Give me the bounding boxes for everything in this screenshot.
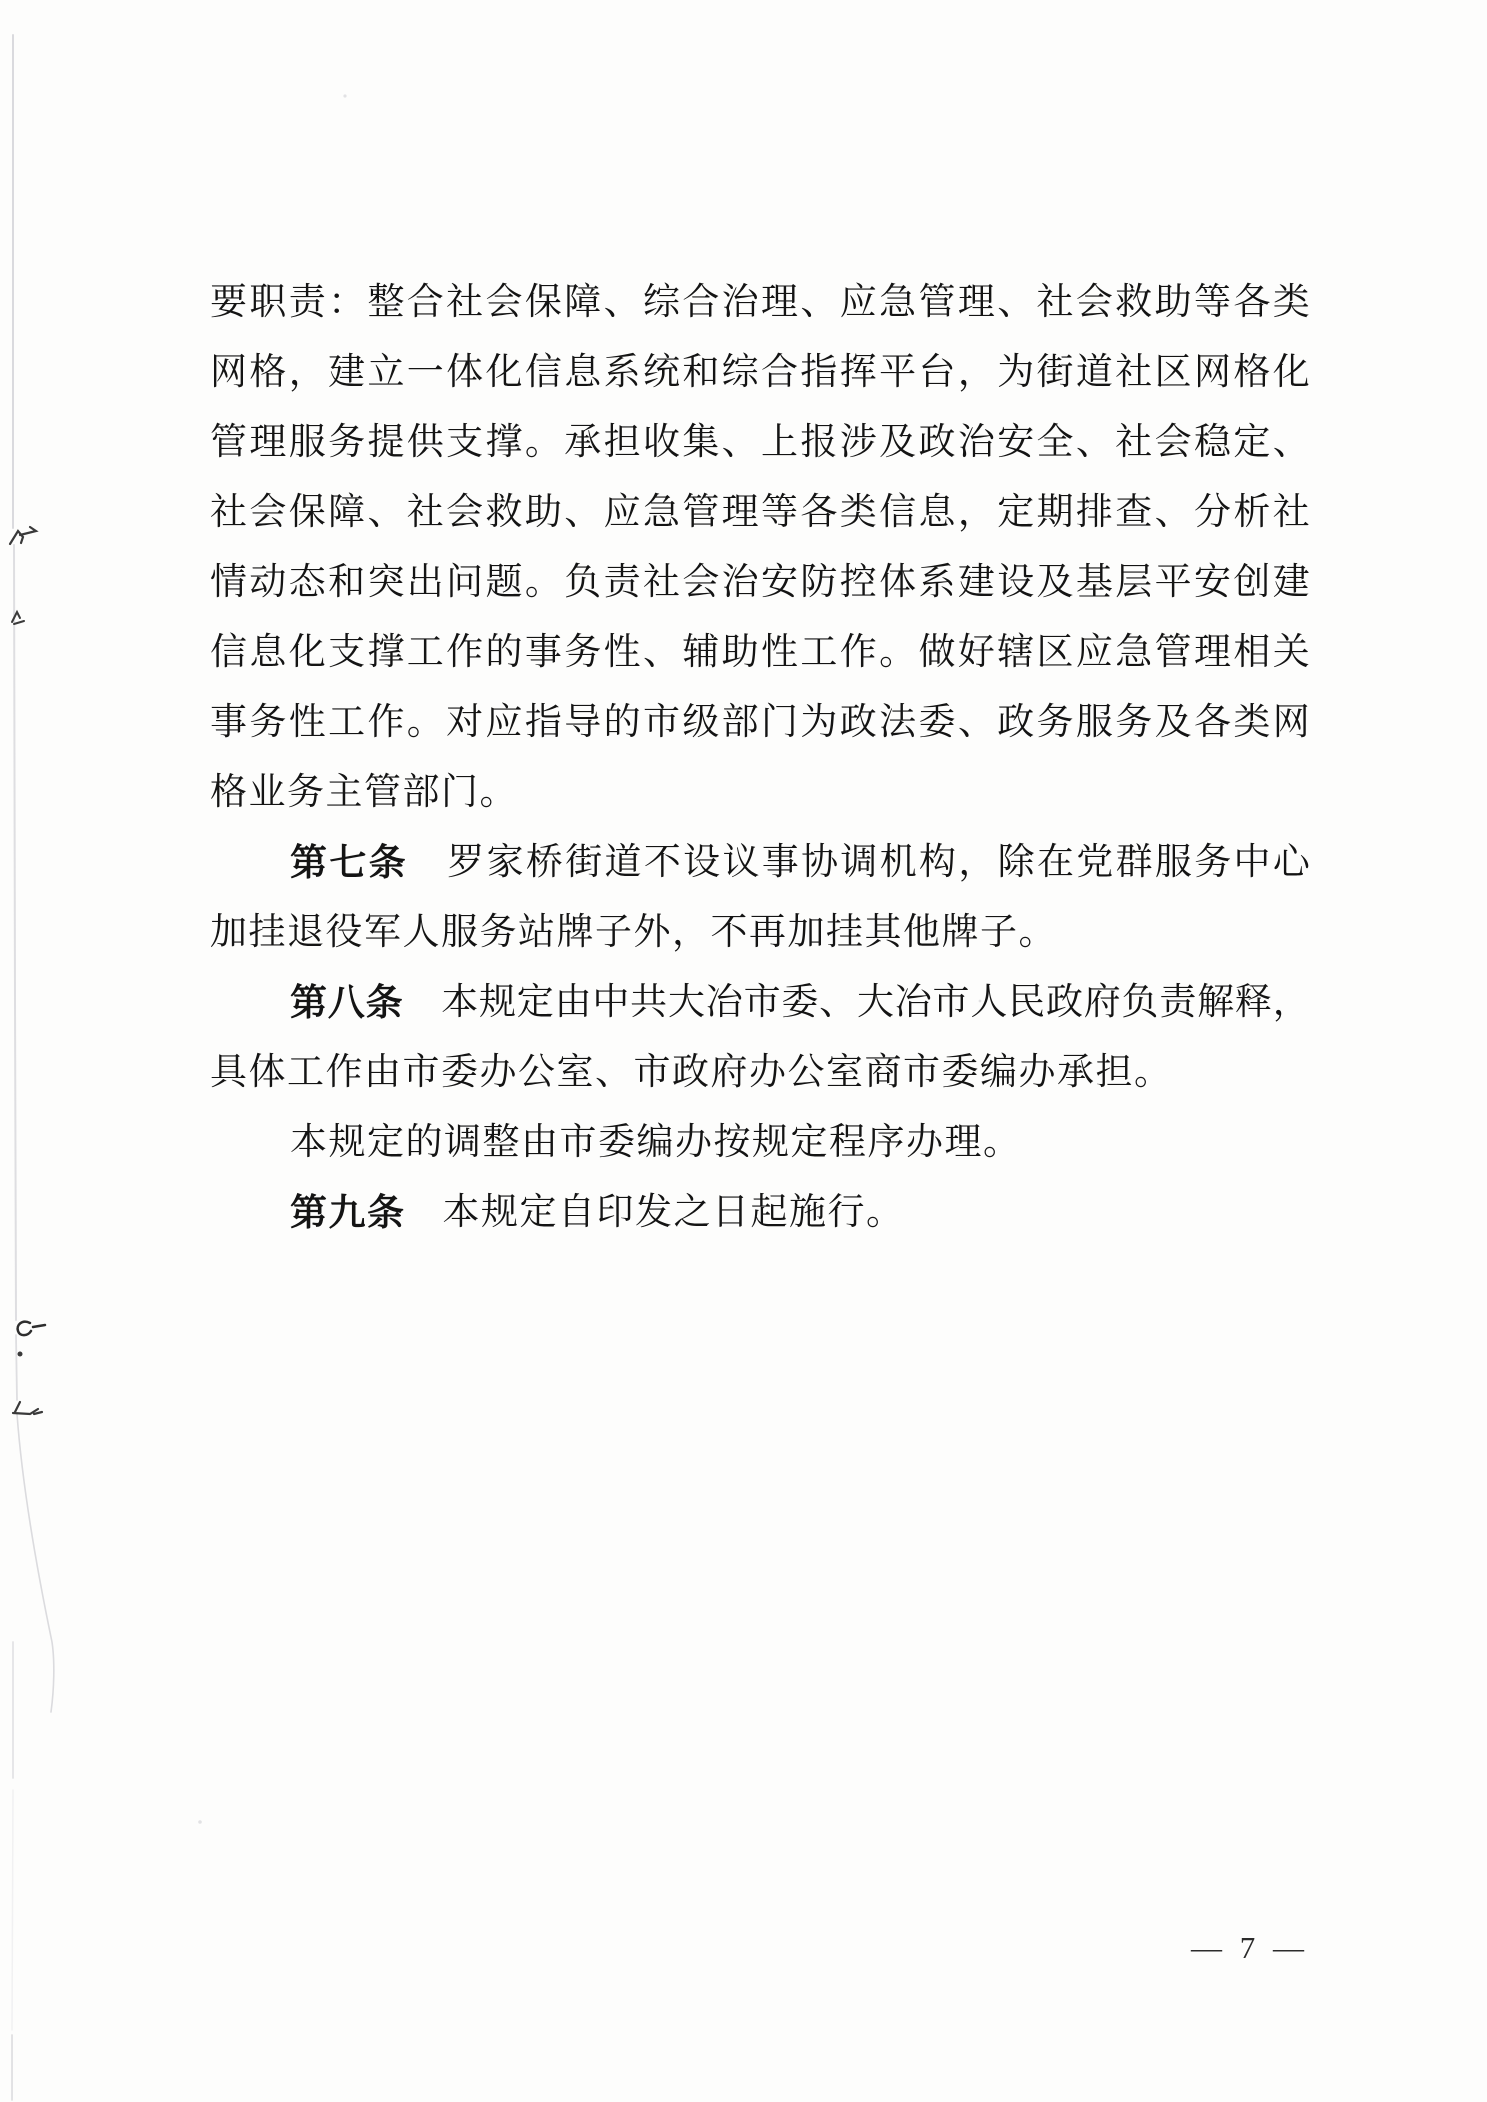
- char: 议: [722, 828, 759, 898]
- line-text: 本规定的调整由市委编办按规定程序办理。: [290, 1108, 1022, 1178]
- char: 区: [1037, 618, 1074, 688]
- char: 社: [446, 268, 483, 338]
- char: 关: [1273, 618, 1310, 688]
- char: 理: [1194, 618, 1231, 688]
- char: 务: [328, 408, 365, 478]
- char: 大: [668, 968, 705, 1038]
- char: 创: [1233, 548, 1270, 618]
- char: 门: [761, 688, 798, 758]
- char: 服: [1076, 688, 1113, 758]
- char: 担: [604, 408, 641, 478]
- char: 体: [879, 548, 916, 618]
- char: 人: [970, 968, 1007, 1038]
- char: 挥: [840, 338, 877, 408]
- char: 定: [997, 478, 1034, 548]
- char: 导: [564, 688, 601, 758]
- char: 服: [289, 408, 326, 478]
- char: 由: [555, 968, 592, 1038]
- char: 急: [643, 478, 680, 548]
- char: 建: [1273, 548, 1310, 618]
- char: 委: [918, 688, 955, 758]
- body-line: 事务性工作。对应指导的市级部门为政法委、政务服务及各类网: [210, 688, 1310, 758]
- body-line: 格业务主管部门。: [210, 758, 1310, 828]
- line-text: 本规定自印发之日起施行。: [443, 1178, 905, 1248]
- char: 好: [958, 618, 995, 688]
- char: 安: [761, 548, 798, 618]
- char: 对: [446, 688, 483, 758]
- char: 的: [486, 618, 523, 688]
- char: 要: [210, 268, 247, 338]
- char: 定: [1233, 408, 1270, 478]
- char: 网: [210, 338, 247, 408]
- char: 社: [1273, 478, 1310, 548]
- char: 体: [446, 338, 483, 408]
- char: 条: [366, 968, 403, 1038]
- char: 动: [249, 548, 286, 618]
- char: 上: [761, 408, 798, 478]
- char: 供: [407, 408, 444, 478]
- char: 涉: [840, 408, 877, 478]
- char: 类: [840, 478, 877, 548]
- char: 支: [328, 618, 365, 688]
- char: 政: [1046, 968, 1083, 1038]
- char: 罗: [447, 828, 484, 898]
- char: 调: [840, 828, 877, 898]
- char: 性: [761, 618, 798, 688]
- char: 各: [800, 478, 837, 548]
- char: 突: [367, 548, 404, 618]
- char: 急: [1115, 618, 1152, 688]
- char: 社: [407, 478, 444, 548]
- char: 。: [407, 688, 444, 758]
- char: 作: [446, 618, 483, 688]
- char: 类: [1273, 268, 1310, 338]
- char: 中: [1234, 828, 1271, 898]
- char: 、: [800, 268, 837, 338]
- char: 规: [479, 968, 516, 1038]
- body-line: 具体工作由市委办公室、市政府办公室商市委编办承担。: [210, 1038, 1310, 1108]
- char: 事: [210, 688, 247, 758]
- char: 息: [918, 478, 955, 548]
- char: 统: [643, 338, 680, 408]
- char: 务: [1115, 688, 1152, 758]
- char: 期: [1037, 478, 1074, 548]
- char: 管: [210, 408, 247, 478]
- char: 务: [564, 618, 601, 688]
- char: 平: [1155, 548, 1192, 618]
- char: ，: [289, 338, 326, 408]
- char: 社: [1037, 268, 1074, 338]
- char: 出: [407, 548, 444, 618]
- char: 和: [682, 338, 719, 408]
- char: 合: [407, 268, 444, 338]
- char: 第: [290, 828, 327, 898]
- char: 信: [879, 478, 916, 548]
- char: 全: [1037, 408, 1074, 478]
- char: 共: [630, 968, 667, 1038]
- char: 本: [441, 968, 478, 1038]
- char: 排: [1076, 478, 1113, 548]
- char: 合: [761, 338, 798, 408]
- char: 、: [819, 968, 856, 1038]
- char: 保: [525, 268, 562, 338]
- char: 综: [643, 268, 680, 338]
- char: 为: [800, 688, 837, 758]
- char: 冶: [895, 968, 932, 1038]
- char: 级: [682, 688, 719, 758]
- char: ，: [1273, 968, 1310, 1038]
- char: 题: [486, 548, 523, 618]
- char: 急: [879, 268, 916, 338]
- char: 建: [328, 338, 365, 408]
- char: 整: [367, 268, 404, 338]
- char: 层: [1115, 548, 1152, 618]
- char: 及: [1037, 548, 1074, 618]
- char: 障: [564, 268, 601, 338]
- char: 事: [525, 618, 562, 688]
- document-body: 要职责：整合社会保障、综合治理、应急管理、社会救助等各类网格，建立一体化信息系统…: [210, 268, 1310, 1248]
- char: 会: [682, 548, 719, 618]
- char: 、: [1076, 408, 1113, 478]
- article-heading: 第九条: [290, 1178, 406, 1248]
- char: 综: [722, 338, 759, 408]
- char: 报: [800, 408, 837, 478]
- char: 府: [1084, 968, 1121, 1038]
- char: 党: [1076, 828, 1113, 898]
- char: 负: [1122, 968, 1159, 1038]
- char: 设: [683, 828, 720, 898]
- char: 性: [604, 618, 641, 688]
- char: 、: [367, 478, 404, 548]
- char: 管: [682, 478, 719, 548]
- char: 道: [1076, 338, 1113, 408]
- char: 市: [744, 968, 781, 1038]
- char: 心: [1273, 828, 1310, 898]
- char: 会: [249, 478, 286, 548]
- body-line: 管理服务提供支撑。承担收集、上报涉及政治安全、社会稳定、: [210, 408, 1310, 478]
- line-text: 格业务主管部门。: [210, 758, 518, 828]
- char: 保: [289, 478, 326, 548]
- char: 中: [592, 968, 629, 1038]
- char: 解: [1197, 968, 1234, 1038]
- char: 理: [958, 268, 995, 338]
- line-text: 加挂退役军人服务站牌子外，不再加挂其他牌子。: [210, 898, 1057, 968]
- char: 工: [407, 618, 444, 688]
- scan-dot: [18, 1352, 23, 1357]
- char: 协: [801, 828, 838, 898]
- char: 情: [210, 548, 247, 618]
- char: 会: [1076, 268, 1113, 338]
- char: 网: [1194, 338, 1231, 408]
- char: 作: [840, 618, 877, 688]
- article-line: 第七条罗家桥街道不设议事协调机构，除在党群服务中心: [210, 828, 1310, 898]
- char: 会: [486, 268, 523, 338]
- char: 市: [643, 688, 680, 758]
- char: 平: [879, 338, 916, 408]
- line-text: 具体工作由市委办公室、市政府办公室商市委编办承担。: [210, 1038, 1173, 1108]
- char: 防: [800, 548, 837, 618]
- char: 及: [1155, 688, 1192, 758]
- char: 做: [918, 618, 955, 688]
- char: 区: [1155, 338, 1192, 408]
- char: 息: [249, 618, 286, 688]
- char: 化: [1273, 338, 1310, 408]
- char: 应: [1076, 618, 1113, 688]
- char: 职: [249, 268, 286, 338]
- body-line: 信息化支撑工作的事务性、辅助性工作。做好辖区应急管理相关: [210, 618, 1310, 688]
- char: 部: [722, 688, 759, 758]
- char: 。: [525, 408, 562, 478]
- char: 社: [210, 478, 247, 548]
- body-line: 要职责：整合社会保障、综合治理、应急管理、社会救助等各类: [210, 268, 1310, 338]
- char: 息: [564, 338, 601, 408]
- char: 支: [446, 408, 483, 478]
- char: 条: [369, 828, 406, 898]
- char: 集: [682, 408, 719, 478]
- char: 民: [1008, 968, 1045, 1038]
- char: ，: [958, 478, 995, 548]
- char: 撑: [367, 618, 404, 688]
- char: 。: [879, 618, 916, 688]
- char: 网: [1273, 688, 1310, 758]
- document-page: 要职责：整合社会保障、综合治理、应急管理、社会救助等各类网格，建立一体化信息系统…: [0, 0, 1487, 2102]
- char: 管: [918, 268, 955, 338]
- char: 务: [1037, 688, 1074, 758]
- char: 台: [918, 338, 955, 408]
- char: 。: [525, 548, 562, 618]
- char: 治: [958, 408, 995, 478]
- body-line: 情动态和突出问题。负责社会治安防控体系建设及基层平安创建: [210, 548, 1310, 618]
- char: 的: [604, 688, 641, 758]
- char: 各: [1194, 688, 1231, 758]
- char: 八: [328, 968, 365, 1038]
- char: 群: [1116, 828, 1153, 898]
- char: 助: [525, 478, 562, 548]
- char: 市: [933, 968, 970, 1038]
- char: 收: [643, 408, 680, 478]
- char: 大: [857, 968, 894, 1038]
- char: 释: [1235, 968, 1272, 1038]
- char: 机: [880, 828, 917, 898]
- char: 稳: [1194, 408, 1231, 478]
- char: 提: [367, 408, 404, 478]
- char: 辖: [997, 618, 1034, 688]
- char: 撑: [486, 408, 523, 478]
- char: 政: [918, 408, 955, 478]
- char: 控: [840, 548, 877, 618]
- char: 社: [643, 548, 680, 618]
- char: 化: [486, 338, 523, 408]
- char: 在: [1037, 828, 1074, 898]
- char: 建: [958, 548, 995, 618]
- char: 会: [446, 478, 483, 548]
- char: 、: [1273, 408, 1310, 478]
- ideographic-gap: [408, 863, 445, 864]
- char: 指: [800, 338, 837, 408]
- char: 、: [604, 268, 641, 338]
- char: 为: [997, 338, 1034, 408]
- char: 、: [1155, 478, 1192, 548]
- char: 信: [210, 618, 247, 688]
- char: 社: [1115, 338, 1152, 408]
- char: 委: [781, 968, 818, 1038]
- char: 、: [958, 688, 995, 758]
- char: 理: [249, 408, 286, 478]
- scan-smudge-marks: [10, 527, 45, 1414]
- char: 性: [289, 688, 326, 758]
- char: 街: [1037, 338, 1074, 408]
- char: 查: [1115, 478, 1152, 548]
- char: 化: [289, 618, 326, 688]
- char: 冶: [706, 968, 743, 1038]
- article-line: 第八条本规定由中共大冶市委、大冶市人民政府负责解释，: [210, 968, 1310, 1038]
- body-line: 加挂退役军人服务站牌子外，不再加挂其他牌子。: [210, 898, 1310, 968]
- char: 、: [722, 408, 759, 478]
- char: 相: [1233, 618, 1270, 688]
- char: 务: [1194, 828, 1231, 898]
- char: 七: [329, 828, 366, 898]
- char: 事: [762, 828, 799, 898]
- char: 系: [604, 338, 641, 408]
- char: 管: [1155, 618, 1192, 688]
- char: 构: [919, 828, 956, 898]
- char: 辅: [682, 618, 719, 688]
- char: 第: [290, 968, 327, 1038]
- char: 一: [407, 338, 444, 408]
- char: 家: [487, 828, 524, 898]
- char: 等: [761, 478, 798, 548]
- char: ，: [958, 338, 995, 408]
- char: 定: [517, 968, 554, 1038]
- char: 助: [722, 618, 759, 688]
- char: 承: [564, 408, 601, 478]
- char: 、: [564, 478, 601, 548]
- char: 道: [605, 828, 642, 898]
- char: 格: [1233, 338, 1270, 408]
- ideographic-gap: [403, 1003, 440, 1004]
- char: 信: [525, 338, 562, 408]
- char: 会: [1155, 408, 1192, 478]
- char: 基: [1076, 548, 1113, 618]
- scan-crease: [12, 35, 54, 2100]
- char: 问: [446, 548, 483, 618]
- char: 立: [367, 338, 404, 408]
- char: 桥: [526, 828, 563, 898]
- char: 格: [249, 338, 286, 408]
- char: 政: [840, 688, 877, 758]
- char: 应: [486, 688, 523, 758]
- char: 设: [997, 548, 1034, 618]
- char: 、: [997, 268, 1034, 338]
- char: 障: [328, 478, 365, 548]
- body-line: 本规定的调整由市委编办按规定程序办理。: [210, 1108, 1310, 1178]
- char: 工: [328, 688, 365, 758]
- char: 责: [1159, 968, 1196, 1038]
- char: 及: [879, 408, 916, 478]
- char: 等: [1194, 268, 1231, 338]
- char: 指: [525, 688, 562, 758]
- char: 治: [722, 548, 759, 618]
- char: 安: [997, 408, 1034, 478]
- char: 理: [761, 268, 798, 338]
- char: 安: [1194, 548, 1231, 618]
- char: 和: [328, 548, 365, 618]
- char: 态: [289, 548, 326, 618]
- ideographic-gap: [406, 1213, 443, 1214]
- char: 类: [1233, 688, 1270, 758]
- char: 作: [367, 688, 404, 758]
- char: ：: [328, 268, 365, 338]
- char: 责: [289, 268, 326, 338]
- char: 、: [643, 618, 680, 688]
- article-line: 第九条本规定自印发之日起施行。: [210, 1178, 1310, 1248]
- char: 治: [722, 268, 759, 338]
- char: 析: [1233, 478, 1270, 548]
- char: 分: [1194, 478, 1231, 548]
- char: 负: [564, 548, 601, 618]
- page-number: — 7 —: [1150, 1930, 1350, 1966]
- char: ，: [958, 828, 995, 898]
- char: 救: [486, 478, 523, 548]
- char: 救: [1115, 268, 1152, 338]
- body-line: 网格，建立一体化信息系统和综合指挥平台，为街道社区网格化: [210, 338, 1310, 408]
- char: 系: [918, 548, 955, 618]
- char: 各: [1233, 268, 1270, 338]
- char: 法: [879, 688, 916, 758]
- body-line: 社会保障、社会救助、应急管理等各类信息，定期排查、分析社: [210, 478, 1310, 548]
- char: 不: [644, 828, 681, 898]
- char: 除: [998, 828, 1035, 898]
- char: 街: [565, 828, 602, 898]
- char: 合: [682, 268, 719, 338]
- char: 应: [604, 478, 641, 548]
- char: 社: [1115, 408, 1152, 478]
- char: 务: [249, 688, 286, 758]
- char: 责: [604, 548, 641, 618]
- char: 应: [840, 268, 877, 338]
- char: 理: [722, 478, 759, 548]
- char: 助: [1155, 268, 1192, 338]
- char: 政: [997, 688, 1034, 758]
- char: 服: [1155, 828, 1192, 898]
- char: 工: [800, 618, 837, 688]
